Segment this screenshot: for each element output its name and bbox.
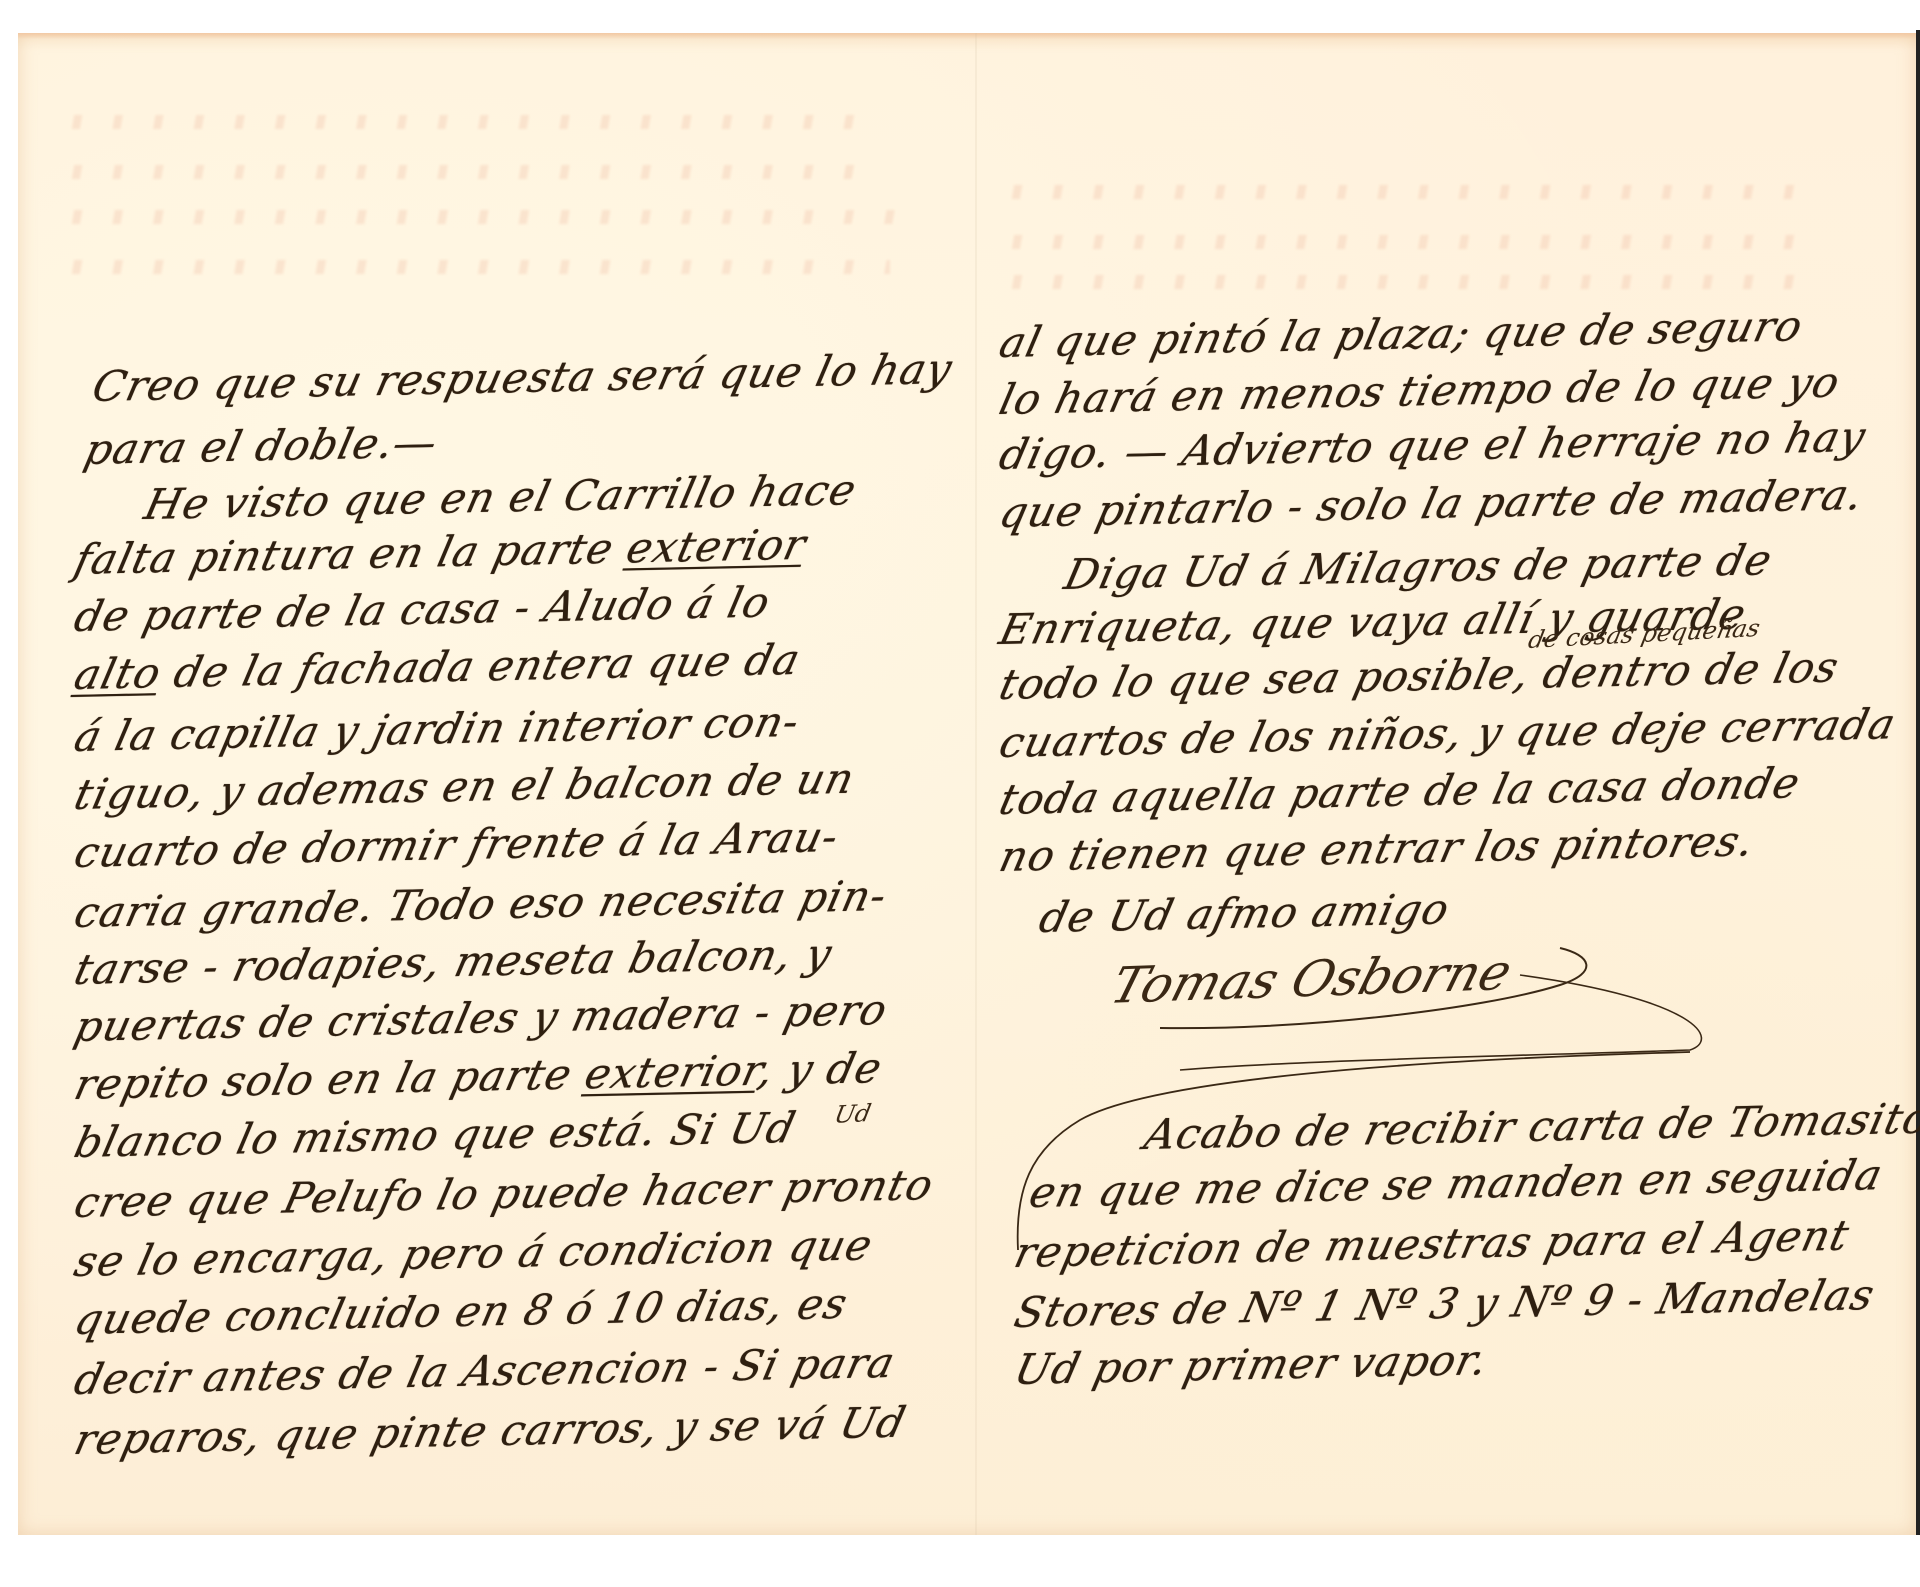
bleed-through: [60, 165, 880, 179]
text-fragment: , y de: [754, 1043, 887, 1095]
postscript-line: Ud por primer vapor.: [1010, 1335, 1493, 1394]
underlined-word: exterior: [622, 520, 811, 573]
bleed-through: [1000, 235, 1820, 249]
underlined-word: alto: [70, 648, 166, 699]
scan-border: [1916, 30, 1920, 1535]
bleed-through: [60, 115, 880, 129]
bleed-through: [1000, 185, 1820, 199]
text-line: para el doble.—: [80, 418, 443, 474]
closing-line: de Ud afmo amigo: [1035, 885, 1454, 942]
center-fold: [975, 33, 977, 1535]
underlined-word: exterior: [580, 1046, 765, 1099]
bleed-through: [1000, 275, 1820, 289]
paper-top-edge: [18, 33, 1916, 39]
insertion-note: Ud: [832, 1099, 874, 1129]
bleed-through: [60, 210, 920, 224]
bleed-through: [60, 260, 890, 274]
